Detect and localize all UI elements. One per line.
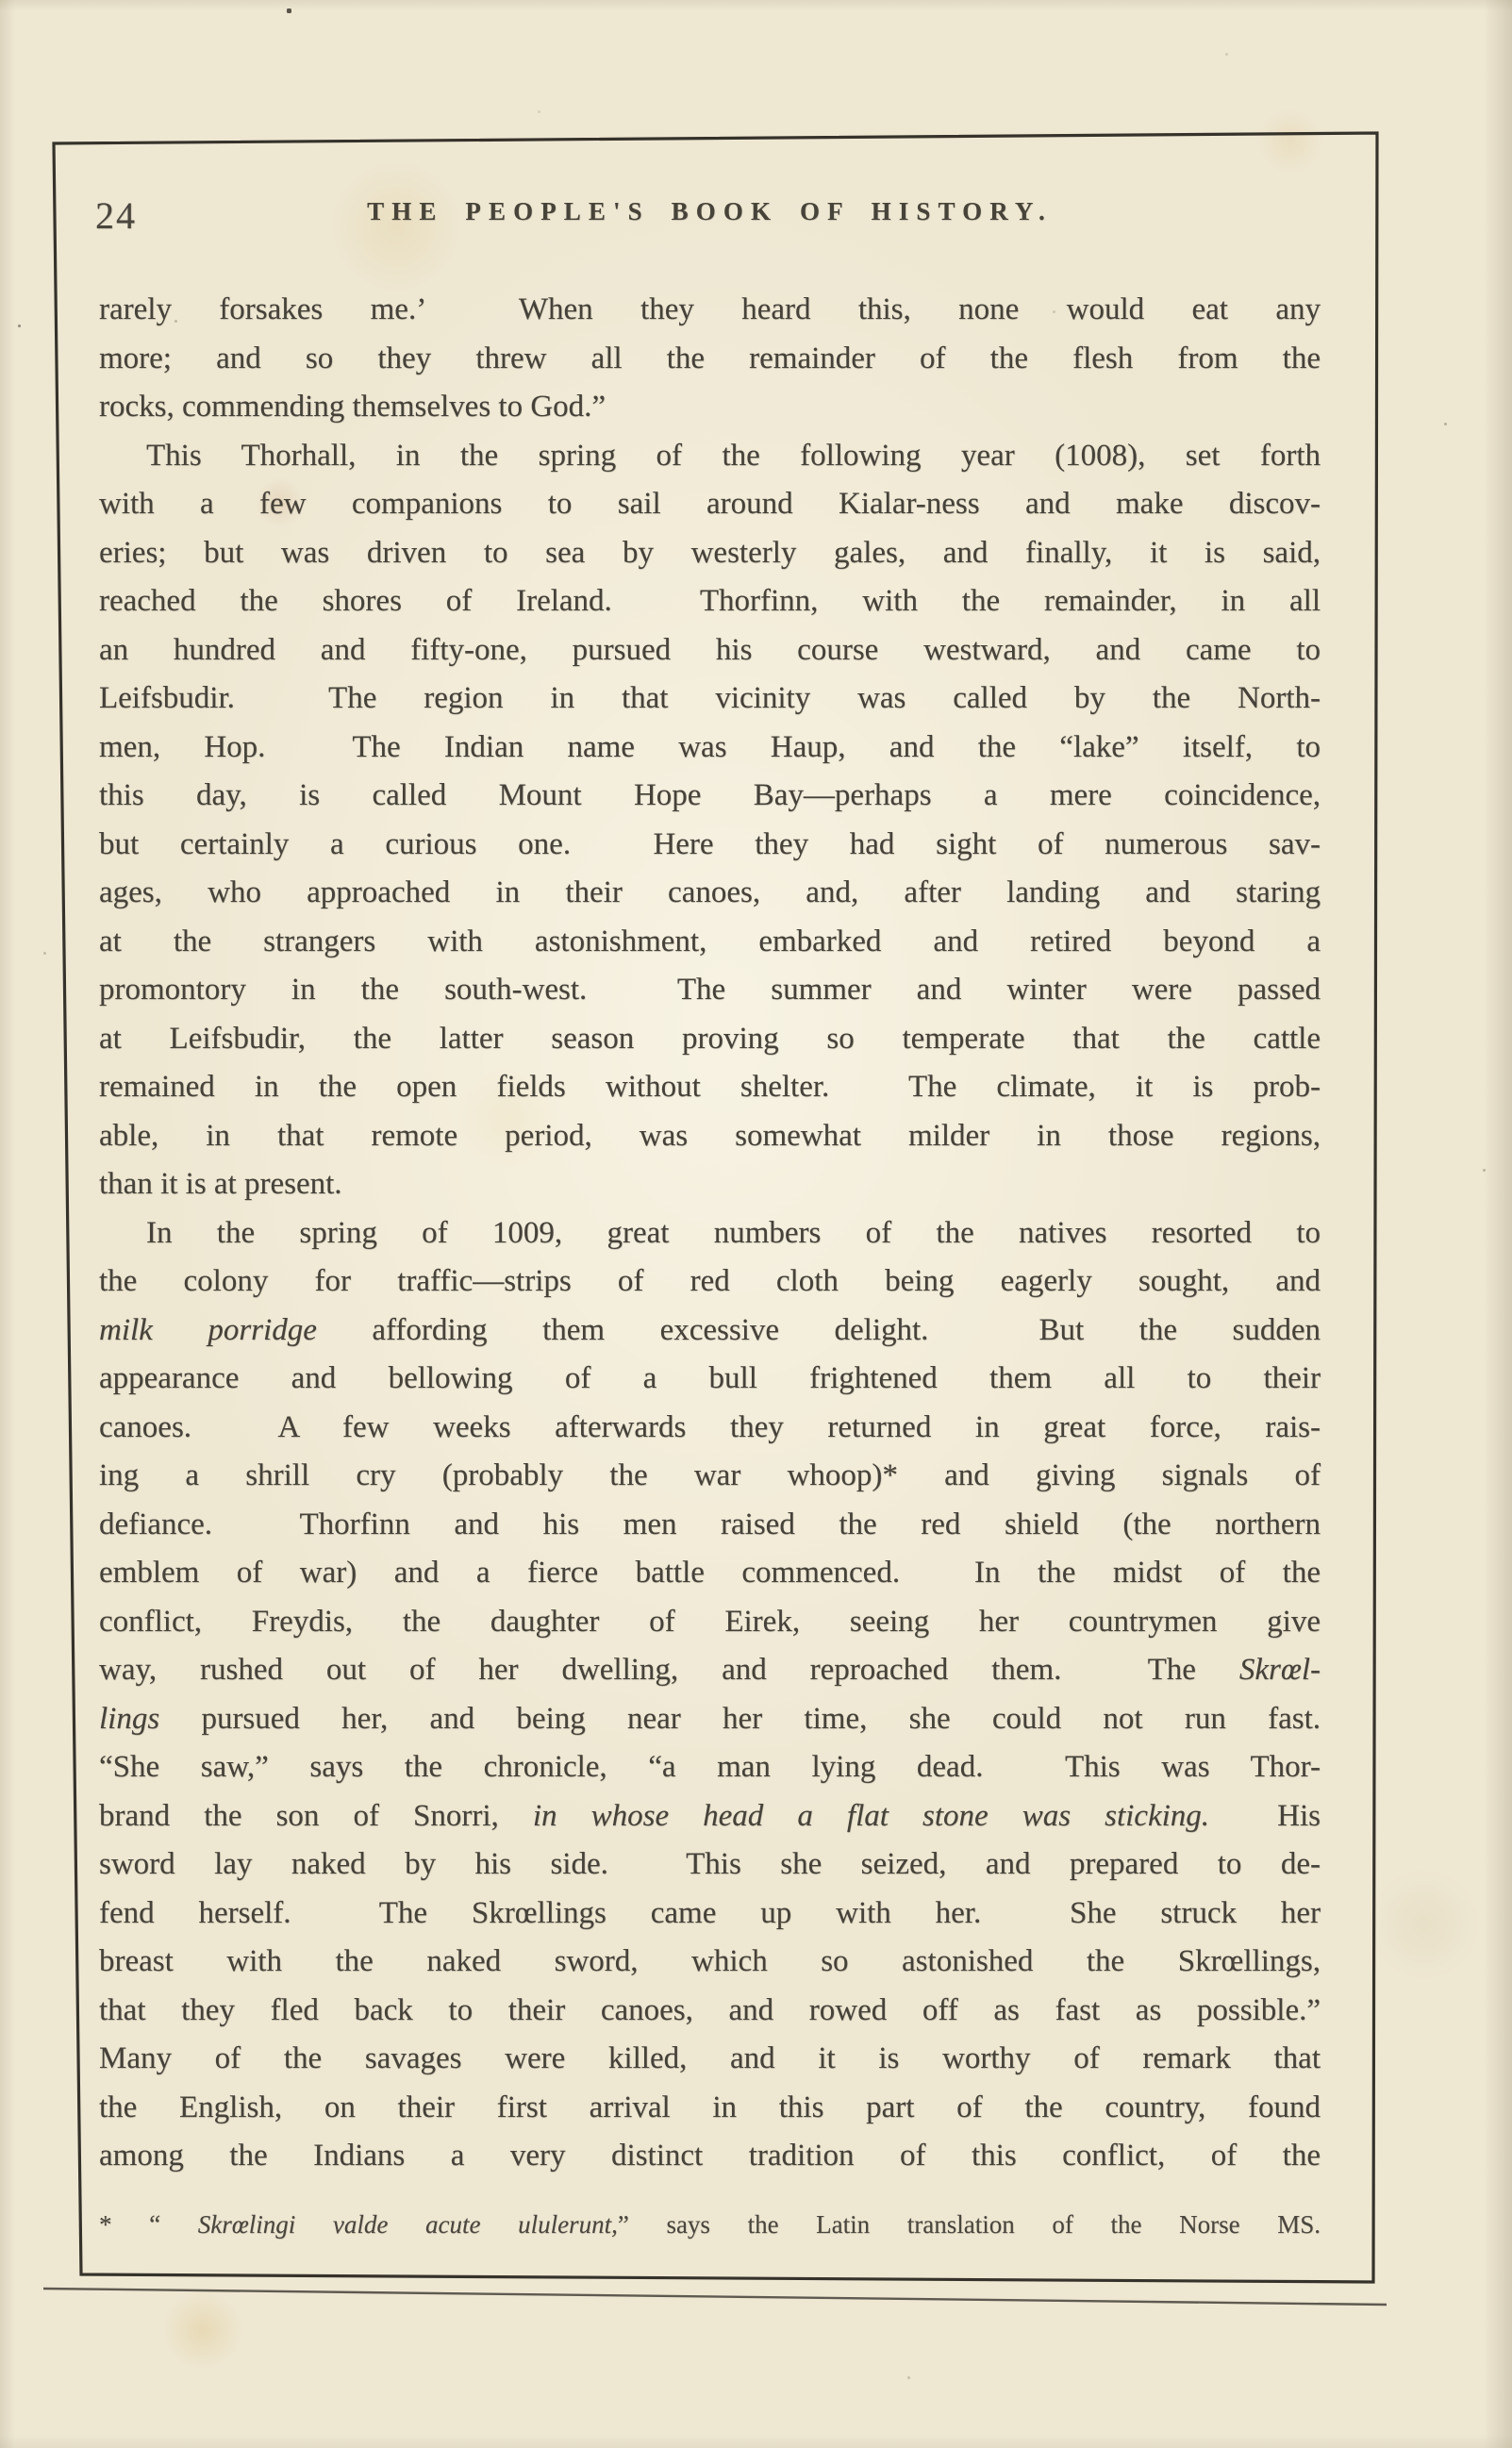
paper-specks: [0, 0, 1, 1]
italic-text-run: Skrœlingi valde acute ululerunt,: [198, 2210, 618, 2239]
text-line: promontory in the south-west. The summer…: [99, 966, 1321, 1015]
text-line: able, in that remote period, was somewha…: [99, 1112, 1321, 1161]
text-line: appearance and bellowing of a bull frigh…: [99, 1355, 1321, 1404]
text-line: way, rushed out of her dwelling, and rep…: [99, 1646, 1321, 1695]
text-run: more; and so they threw all the remainde…: [99, 341, 1321, 375]
text-run: rarely forsakes me.’ When they heard thi…: [99, 292, 1321, 326]
text-run: than it is at present.: [99, 1167, 342, 1201]
page-number: 24: [95, 193, 137, 238]
text-line: ing a shrill cry (probably the war whoop…: [99, 1452, 1321, 1501]
text-run: the English, on their first arrival in t…: [99, 2090, 1321, 2124]
text-line: remained in the open fields without shel…: [99, 1063, 1321, 1112]
text-run: In the spring of 1009, great numbers of …: [146, 1216, 1321, 1250]
text-line: men, Hop. The Indian name was Haup, and …: [99, 724, 1321, 773]
text-line: Leifsbudir. The region in that vicinity …: [99, 674, 1321, 724]
text-run: defiance. Thorfinn and his men raised th…: [99, 1507, 1321, 1541]
running-title: THE PEOPLE'S BOOK OF HISTORY.: [99, 192, 1321, 226]
paragraph: This Thorhall, in the spring of the foll…: [99, 432, 1321, 1209]
text-run: but certainly a curious one. Here they h…: [99, 827, 1321, 861]
text-run: conflict, Freydis, the daughter of Eirek…: [99, 1605, 1321, 1639]
italic-text-run: in whose head a flat stone was sticking.: [533, 1799, 1209, 1833]
italic-text-run: Skrœl-: [1239, 1653, 1321, 1687]
text-run: Many of the savages were killed, and it …: [99, 2041, 1321, 2075]
footnote: * “ Skrœlingi valde acute ululerunt,” sa…: [99, 2206, 1321, 2243]
text-run: This Thorhall, in the spring of the foll…: [146, 439, 1321, 473]
text-run: sword lay naked by his side. This she se…: [99, 1847, 1321, 1881]
paragraph: rarely forsakes me.’ When they heard thi…: [99, 286, 1321, 432]
text-line: “She saw,” says the chronicle, “a man ly…: [99, 1743, 1321, 1792]
text-run: ages, who approached in their canoes, an…: [99, 875, 1321, 909]
page-content: 24 THE PEOPLE'S BOOK OF HISTORY. rarely …: [99, 192, 1321, 2243]
text-line: the English, on their first arrival in t…: [99, 2084, 1321, 2133]
text-run: eries; but was driven to sea by westerly…: [99, 536, 1321, 570]
text-line: lings pursued her, and being near her ti…: [99, 1695, 1321, 1744]
text-run: this day, is called Mount Hope Bay—perha…: [99, 778, 1321, 812]
text-run: fend herself. The Skrœllings came up wit…: [99, 1896, 1321, 1930]
text-run: rocks, commending themselves to God.”: [99, 390, 606, 424]
text-line: brand the son of Snorri, in whose head a…: [99, 1792, 1321, 1841]
page-header: 24 THE PEOPLE'S BOOK OF HISTORY.: [99, 192, 1321, 239]
text-run: brand the son of Snorri,: [99, 1799, 533, 1833]
text-line: This Thorhall, in the spring of the foll…: [99, 432, 1321, 481]
text-run: reached the shores of Ireland. Thorfinn,…: [99, 584, 1321, 618]
text-run: able, in that remote period, was somewha…: [99, 1119, 1321, 1153]
text-line: but certainly a curious one. Here they h…: [99, 821, 1321, 870]
text-line: more; and so they threw all the remainde…: [99, 335, 1321, 384]
text-run: breast with the naked sword, which so as…: [99, 1944, 1321, 1978]
text-line: among the Indians a very distinct tradit…: [99, 2132, 1321, 2181]
text-run: promontory in the south-west. The summer…: [99, 973, 1321, 1007]
text-line: this day, is called Mount Hope Bay—perha…: [99, 772, 1321, 821]
text-line: at Leifsbudir, the latter season proving…: [99, 1015, 1321, 1064]
text-line: an hundred and fifty-one, pursued his co…: [99, 626, 1321, 675]
text-line: rarely forsakes me.’ When they heard thi…: [99, 286, 1321, 335]
text-line: that they fled back to their canoes, and…: [99, 1987, 1321, 2036]
text-line: conflict, Freydis, the daughter of Eirek…: [99, 1598, 1321, 1647]
bottom-extra-rule: [43, 2289, 1387, 2305]
text-run: among the Indians a very distinct tradit…: [99, 2139, 1321, 2173]
text-line: the colony for traffic—strips of red clo…: [99, 1257, 1321, 1307]
text-run: with a few companions to sail around Kia…: [99, 487, 1321, 521]
text-line: reached the shores of Ireland. Thorfinn,…: [99, 577, 1321, 626]
text-run: men, Hop. The Indian name was Haup, and …: [99, 730, 1321, 764]
text-run: emblem of war) and a fierce battle comme…: [99, 1556, 1321, 1590]
text-run: appearance and bellowing of a bull frigh…: [99, 1361, 1321, 1395]
text-line: fend herself. The Skrœllings came up wit…: [99, 1890, 1321, 1939]
text-run: ing a shrill cry (probably the war whoop…: [99, 1458, 1321, 1492]
text-run: at the strangers with astonishment, emba…: [99, 924, 1321, 958]
text-run: the colony for traffic—strips of red clo…: [99, 1264, 1321, 1298]
text-run: affording them excessive delight. But th…: [317, 1313, 1321, 1347]
text-line: canoes. A few weeks afterwards they retu…: [99, 1404, 1321, 1453]
italic-text-run: lings: [99, 1702, 159, 1736]
text-line: milk porridge affording them excessive d…: [99, 1307, 1321, 1356]
italic-text-run: milk porridge: [99, 1313, 317, 1347]
text-line: breast with the naked sword, which so as…: [99, 1938, 1321, 1987]
text-line: than it is at present.: [99, 1160, 1321, 1209]
text-run: pursued her, and being near her time, sh…: [159, 1702, 1321, 1736]
paragraph: In the spring of 1009, great numbers of …: [99, 1209, 1321, 2181]
text-run: an hundred and fifty-one, pursued his co…: [99, 633, 1321, 667]
text-run: His: [1209, 1799, 1321, 1833]
text-run: * “: [99, 2210, 198, 2239]
text-line: with a few companions to sail around Kia…: [99, 480, 1321, 529]
text-line: at the strangers with astonishment, emba…: [99, 918, 1321, 967]
text-line: sword lay naked by his side. This she se…: [99, 1840, 1321, 1890]
text-run: Leifsbudir. The region in that vicinity …: [99, 681, 1321, 715]
text-run: remained in the open fields without shel…: [99, 1070, 1321, 1104]
text-run: that they fled back to their canoes, and…: [99, 1993, 1321, 2027]
text-run: canoes. A few weeks afterwards they retu…: [99, 1410, 1321, 1444]
text-run: ” says the Latin translation of the Nors…: [618, 2210, 1321, 2239]
scanned-book-page: { "page": { "number": "24", "running_tit…: [0, 0, 1512, 2448]
text-line: rocks, commending themselves to God.”: [99, 383, 1321, 432]
body-text: rarely forsakes me.’ When they heard thi…: [99, 286, 1321, 2181]
text-line: In the spring of 1009, great numbers of …: [99, 1209, 1321, 1258]
text-run: way, rushed out of her dwelling, and rep…: [99, 1653, 1239, 1687]
text-line: emblem of war) and a fierce battle comme…: [99, 1549, 1321, 1598]
text-line: ages, who approached in their canoes, an…: [99, 869, 1321, 918]
text-line: eries; but was driven to sea by westerly…: [99, 529, 1321, 578]
text-line: Many of the savages were killed, and it …: [99, 2035, 1321, 2084]
text-run: at Leifsbudir, the latter season proving…: [99, 1022, 1321, 1056]
text-line: defiance. Thorfinn and his men raised th…: [99, 1501, 1321, 1550]
text-run: “She saw,” says the chronicle, “a man ly…: [99, 1750, 1321, 1784]
